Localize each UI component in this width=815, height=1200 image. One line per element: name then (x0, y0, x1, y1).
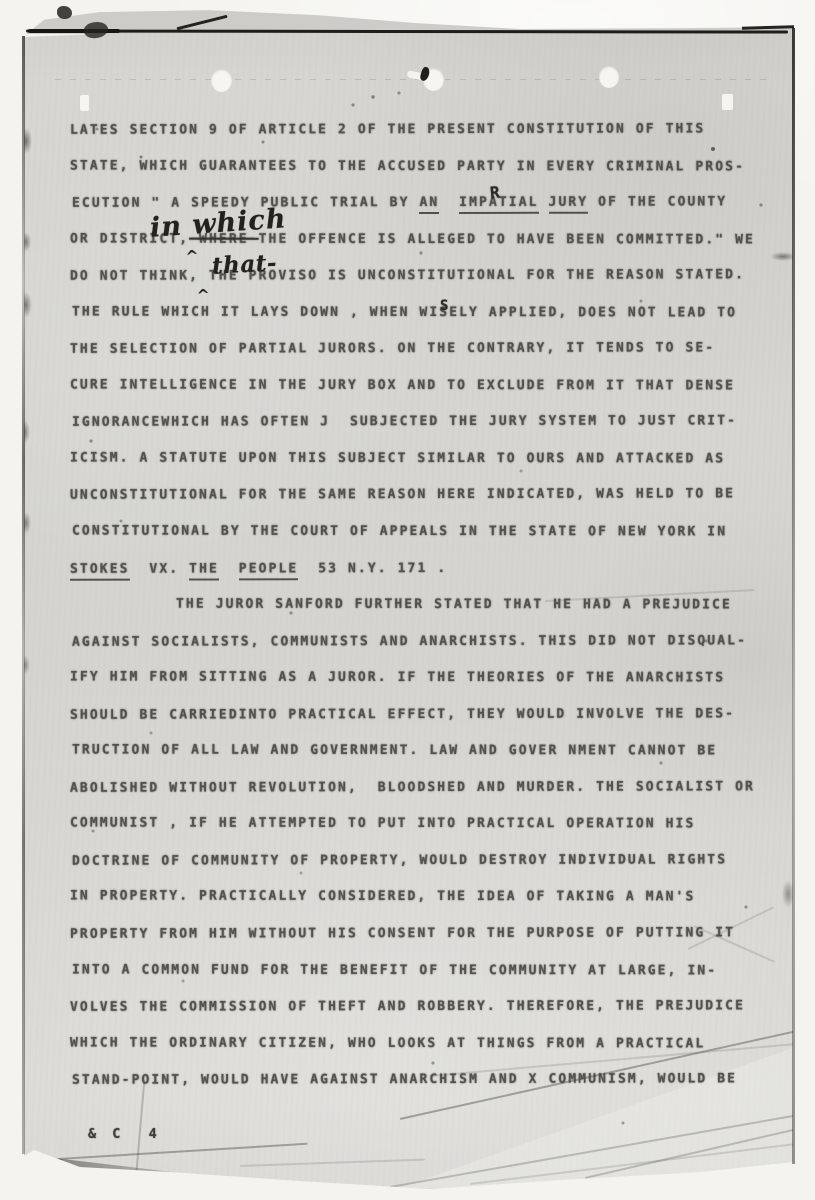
torn-paper-fragment (57, 6, 72, 19)
text-segment (539, 195, 549, 210)
typed-line: INTO A COMMON FUND FOR THE BENEFIT OF TH… (72, 952, 810, 990)
paper-white-mark (722, 94, 733, 110)
underlined-text: STOKES (70, 561, 130, 580)
paper-crease (240, 1159, 425, 1167)
paper-right-edge (792, 28, 795, 1164)
text-segment: THE OFFENCE IS ALLEGED TO HAVE BEEN COMM… (259, 231, 755, 247)
typed-line: AGAINST SOCIALISTS, COMMUNISTS AND ANARC… (72, 623, 810, 661)
document-scan: LATES SECTION 9 OF ARTICLE 2 OF THE PRES… (0, 0, 815, 1200)
page-footer-mark: & C 4 (88, 1120, 161, 1148)
typed-line: DOCTRINE OF COMMUNITY OF PROPERTY, WOULD… (72, 842, 810, 880)
typed-line: IGNORANCEWHICH HAS OFTEN J SUBJECTED THE… (72, 404, 810, 442)
typed-line: STAND-POINT, WOULD HAVE AGAINST ANARCHIS… (72, 1061, 810, 1099)
typed-line: UNCONSTITUTIONAL FOR THE SAME REASON HER… (70, 477, 810, 515)
typed-line: THE SELECTION OF PARTIAL JURORS. ON THE … (70, 331, 810, 369)
typed-line: STATE, WHICH GUARANTEES TO THE ACCUSED P… (70, 148, 810, 186)
typed-line: VOLVES THE COMMISSION OF THEFT AND ROBBE… (70, 988, 810, 1026)
text-segment: 53 N.Y. 171 . (298, 561, 447, 576)
typed-line-paragraph-start: THE JUROR SANFORD FURTHER STATED THAT HE… (70, 587, 810, 625)
text-segment: OF THE COUNTY (588, 194, 727, 209)
typed-line-case-citation: STOKES VX. THE PEOPLE 53 N.Y. 171 . (70, 550, 810, 588)
typed-line: IN PROPERTY. PRACTICALLY CONSIDERED, THE… (70, 879, 810, 917)
typed-correction-r: R (489, 183, 500, 203)
paper-white-mark (80, 95, 89, 111)
insertion-caret: ^ (185, 246, 199, 265)
text-segment (219, 561, 239, 576)
ink-specks (0, 0, 2, 2)
scan-artifact-line (55, 79, 775, 80)
typed-line: ABOLISHED WITHOUT REVOLUTION, BLOODSHED … (70, 769, 810, 807)
underlined-text: AN (419, 195, 439, 214)
typed-line: WHICH THE ORDINARY CITIZEN, WHO LOOKS AT… (70, 1025, 810, 1063)
text-segment: VX. (149, 561, 189, 576)
typed-line: SHOULD BE CARRIEDINTO PRACTICAL EFFECT, … (70, 696, 810, 734)
underlined-text: THE (189, 561, 219, 580)
typed-line: LATES SECTION 9 OF ARTICLE 2 OF THE PRES… (70, 111, 810, 149)
typed-text-block: LATES SECTION 9 OF ARTICLE 2 OF THE PRES… (70, 112, 810, 1099)
punch-hole (599, 66, 619, 88)
paper-sheet: LATES SECTION 9 OF ARTICLE 2 OF THE PRES… (0, 0, 815, 1200)
typed-line: CURE INTELLIGENCE IN THE JURY BOX AND TO… (70, 367, 810, 405)
typed-line: IFY HIM FROM SITTING AS A JUROR. IF THE … (70, 660, 810, 698)
punch-hole (211, 69, 232, 92)
underlined-text: JURY (548, 195, 588, 214)
text-segment (439, 195, 459, 210)
text-segment (130, 561, 150, 576)
typed-line: DO NOT THINK, THE PROVISO IS UNCONSTITUT… (70, 257, 810, 295)
insertion-caret: ^ (196, 286, 210, 305)
typed-line: COMMUNIST , IF HE ATTEMPTED TO PUT INTO … (70, 806, 810, 844)
underlined-text: PEOPLE (239, 561, 299, 580)
handwritten-insertion-that: that- (211, 249, 277, 279)
typed-correction-s: S (440, 298, 448, 314)
typed-line: TRUCTION OF ALL LAW AND GOVERNMENT. LAW … (72, 733, 810, 771)
typed-line: PROPERTY FROM HIM WITHOUT HIS CONSENT FO… (70, 915, 810, 953)
paper-left-edge (22, 36, 25, 1154)
typed-line: CONSTITUTIONAL BY THE COURT OF APPEALS I… (72, 514, 810, 552)
typed-line: ICISM. A STATUTE UPON THIS SUBJECT SIMIL… (70, 440, 810, 478)
